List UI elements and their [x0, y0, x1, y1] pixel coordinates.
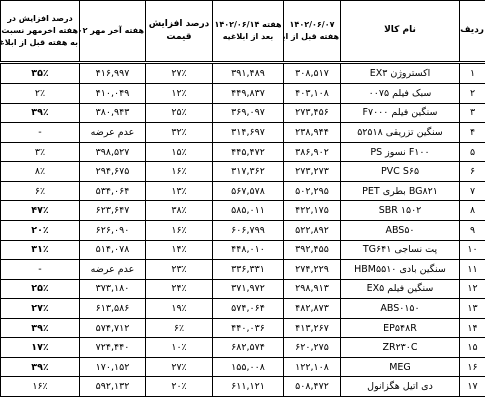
price-after-notice-cell: ۵۸۵,۰۱۱: [213, 201, 284, 221]
row-number-cell: ۱۶: [460, 357, 485, 377]
pct-change-cell: ۱۶٪: [1, 377, 80, 397]
pct-change-cell: ۳۹٪: [1, 357, 80, 377]
price-after-notice-cell: ۴۴۵,۴۷۲: [213, 142, 284, 162]
header-pct-increase: درصد افزایش قیمت: [146, 1, 213, 63]
table-header: ردیف نام کالا ۱۴۰۲/۰۶/۰۷ هفته قبل از ابل…: [1, 1, 485, 63]
price-mehr-last-week-cell: ۵۳۴,۰۶۴: [80, 181, 146, 201]
product-name-cell: سبک فیلم ۰۰۷۵: [341, 84, 460, 104]
pct-change-cell: ۴۷٪: [1, 201, 80, 221]
header-week-before-label: هفته قبل از ابلاغیه: [285, 31, 339, 43]
header-pct-change-line3: به هفته قبل از ابلاغیه: [2, 37, 78, 49]
row-number-cell: ۱: [460, 63, 485, 84]
price-before-notice-cell: ۴۱۳,۲۶۷: [284, 318, 341, 338]
price-after-notice-cell: ۴۴۸,۰۱۰: [213, 240, 284, 260]
pct-increase-cell: ۲۷٪: [146, 357, 213, 377]
header-week-after: هفته ۱۴۰۲/۰۶/۱۴ بعد از ابلاغیه: [213, 1, 284, 63]
pct-change-cell: ۲۰٪: [1, 221, 80, 241]
row-number-cell: ۱۳: [460, 299, 485, 319]
price-mehr-last-week-cell: ۴۱۶,۹۹۷: [80, 63, 146, 84]
pct-increase-cell: ۲۴٪: [146, 279, 213, 299]
price-before-notice-cell: ۲۳۸,۹۴۴: [284, 123, 341, 143]
pct-change-cell: ۲۷٪: [1, 299, 80, 319]
header-week-after-date: هفته ۱۴۰۲/۰۶/۱۴: [214, 19, 282, 31]
product-name-cell: PET بطری BG۸۲۱: [341, 181, 460, 201]
table-row: ۱۰پت نساجی TG۶۴۱۳۹۲,۴۵۵۴۴۸,۰۱۰۱۴٪۵۱۴,۰۷۸…: [1, 240, 485, 260]
pct-increase-cell: ۱۳٪: [146, 181, 213, 201]
pct-change-cell: ۳۹٪: [1, 103, 80, 123]
row-number-cell: ۱۵: [460, 338, 485, 358]
pct-change-cell: -: [1, 123, 80, 143]
table-row: ۱۲سنگین فیلم EX۵۲۹۸,۹۱۳۳۷۱,۹۷۲۲۴٪۳۷۳,۱۸۰…: [1, 279, 485, 299]
price-before-notice-cell: ۲۷۳,۴۵۶: [284, 103, 341, 123]
row-number-cell: ۱۷: [460, 377, 485, 397]
header-mehr-week: هفته آخر مهر ۱۴۰۲: [80, 1, 146, 63]
price-before-notice-cell: ۳۰۸,۵۱۷: [284, 63, 341, 84]
price-after-notice-cell: ۵۶۷,۵۷۸: [213, 181, 284, 201]
price-after-notice-cell: ۳۷۱,۹۷۲: [213, 279, 284, 299]
product-name-cell: EP۵۴۸R: [341, 318, 460, 338]
header-pct-change-line2: هفته اخرمهر نسبت: [2, 25, 78, 37]
header-week-after-label: بعد از ابلاغیه: [214, 31, 282, 43]
price-after-notice-cell: ۱۵۵,۰۰۸: [213, 357, 284, 377]
price-mehr-last-week-cell: ۵۱۴,۰۷۸: [80, 240, 146, 260]
table-row: ۲سبک فیلم ۰۰۷۵۴۰۳,۱۰۸۴۴۹,۸۳۷۱۲٪۴۱۰,۰۴۹۲٪: [1, 84, 485, 104]
price-after-notice-cell: ۴۴۹,۸۳۷: [213, 84, 284, 104]
product-name-cell: PVC S۶۵: [341, 162, 460, 182]
row-number-cell: ۵: [460, 142, 485, 162]
price-before-notice-cell: ۴۲۲,۱۷۵: [284, 201, 341, 221]
pct-change-cell: ۸٪: [1, 162, 80, 182]
row-number-cell: ۱۴: [460, 318, 485, 338]
product-name-cell: سنگین فیلم F۷۰۰۰: [341, 103, 460, 123]
price-after-notice-cell: ۳۱۷,۳۶۲: [213, 162, 284, 182]
row-number-cell: ۸: [460, 201, 485, 221]
product-name-cell: سنگین فیلم EX۵: [341, 279, 460, 299]
product-name-cell: ZR۲۳۰C: [341, 338, 460, 358]
row-number-cell: ۶: [460, 162, 485, 182]
price-mehr-last-week-cell: ۵۷۴,۷۱۲: [80, 318, 146, 338]
pct-increase-cell: ۲۷٪: [146, 63, 213, 84]
price-after-notice-cell: ۳۳۶,۳۳۱: [213, 260, 284, 280]
pct-change-cell: ۲٪: [1, 84, 80, 104]
table-row: ۱۵ZR۲۳۰C۶۲۰,۲۷۵۶۸۲,۵۷۴۱۰٪۷۲۴,۴۴۰۱۷٪: [1, 338, 485, 358]
product-name-cell: ABS۰۱۵۰: [341, 299, 460, 319]
pct-increase-cell: ۲۰٪: [146, 377, 213, 397]
pct-increase-cell: ۱۲٪: [146, 84, 213, 104]
price-mehr-last-week-cell: ۷۲۴,۴۴۰: [80, 338, 146, 358]
pct-increase-cell: ۲۵٪: [146, 103, 213, 123]
pct-increase-cell: ۲۳٪: [146, 260, 213, 280]
pct-increase-cell: ۶٪: [146, 318, 213, 338]
table-row: ۷PET بطری BG۸۲۱۵۰۲,۲۹۵۵۶۷,۵۷۸۱۳٪۵۳۴,۰۶۴۶…: [1, 181, 485, 201]
pct-increase-cell: ۱۶٪: [146, 162, 213, 182]
product-name-cell: PS نسوز F۱۰۰: [341, 142, 460, 162]
price-after-notice-cell: ۴۴۰,۰۳۶: [213, 318, 284, 338]
product-name-cell: سنگین تزریقی ۵۲۵۱۸: [341, 123, 460, 143]
price-mehr-last-week-cell: ۳۹۸,۵۲۷: [80, 142, 146, 162]
header-week-before: ۱۴۰۲/۰۶/۰۷ هفته قبل از ابلاغیه: [284, 1, 341, 63]
pct-change-cell: ۲۵٪: [1, 279, 80, 299]
table-row: ۱۷دی اتیل هگزانول۵۰۸,۴۷۲۶۱۱,۱۲۱۲۰٪۵۹۲,۱۳…: [1, 377, 485, 397]
row-number-cell: ۱۰: [460, 240, 485, 260]
price-mehr-last-week-cell: ۳۸۰,۹۴۳: [80, 103, 146, 123]
row-number-cell: ۱۲: [460, 279, 485, 299]
pct-increase-cell: ۳۲٪: [146, 123, 213, 143]
price-mehr-last-week-cell: ۱۷۰,۱۵۲: [80, 357, 146, 377]
table-row: ۱۴EP۵۴۸R۴۱۳,۲۶۷۴۴۰,۰۳۶۶٪۵۷۴,۷۱۲۳۹٪: [1, 318, 485, 338]
price-after-notice-cell: ۳۶۹,۰۹۷: [213, 103, 284, 123]
price-before-notice-cell: ۴۸۲,۸۷۳: [284, 299, 341, 319]
pct-change-cell: ۳۵٪: [1, 63, 80, 84]
price-before-notice-cell: ۲۹۸,۹۱۳: [284, 279, 341, 299]
header-product-name: نام کالا: [341, 1, 460, 63]
table-row: ۳سنگین فیلم F۷۰۰۰۲۷۳,۴۵۶۳۶۹,۰۹۷۲۵٪۳۸۰,۹۴…: [1, 103, 485, 123]
pct-change-cell: ۳۱٪: [1, 240, 80, 260]
pct-increase-cell: ۱۹٪: [146, 299, 213, 319]
table-body: ۱اکستروژن EX۳۳۰۸,۵۱۷۳۹۱,۴۸۹۲۷٪۴۱۶,۹۹۷۳۵٪…: [1, 63, 485, 397]
pct-change-cell: ۱۷٪: [1, 338, 80, 358]
pct-increase-cell: ۱۶٪: [146, 221, 213, 241]
price-before-notice-cell: ۵۲۲,۸۹۲: [284, 221, 341, 241]
price-mehr-last-week-cell: ۲۹۴,۶۷۵: [80, 162, 146, 182]
price-mehr-last-week-cell: ۳۷۳,۱۸۰: [80, 279, 146, 299]
header-pct-change-line1: درصد افزایش در: [2, 13, 78, 25]
row-number-cell: ۴: [460, 123, 485, 143]
price-table: ردیف نام کالا ۱۴۰۲/۰۶/۰۷ هفته قبل از ابل…: [0, 0, 485, 397]
price-after-notice-cell: ۵۷۴,۰۶۴: [213, 299, 284, 319]
price-mehr-last-week-cell: ۴۱۰,۰۴۹: [80, 84, 146, 104]
header-row-number: ردیف: [460, 1, 485, 63]
pct-increase-cell: ۱۵٪: [146, 142, 213, 162]
price-after-notice-cell: ۶۱۱,۱۲۱: [213, 377, 284, 397]
row-number-cell: ۷: [460, 181, 485, 201]
pct-change-cell: ۳٪: [1, 142, 80, 162]
price-before-notice-cell: ۶۲۰,۲۷۵: [284, 338, 341, 358]
product-name-cell: MEG: [341, 357, 460, 377]
price-after-notice-cell: ۳۱۴,۶۹۷: [213, 123, 284, 143]
price-before-notice-cell: ۴۰۳,۱۰۸: [284, 84, 341, 104]
product-name-cell: SBR ۱۵۰۲: [341, 201, 460, 221]
price-before-notice-cell: ۲۷۴,۲۲۹: [284, 260, 341, 280]
product-name-cell: ABS۵۰: [341, 221, 460, 241]
pct-change-cell: ۶٪: [1, 181, 80, 201]
price-mehr-last-week-cell: عدم عرضه: [80, 123, 146, 143]
table-row: ۱۶MEG۱۲۲,۱۰۸۱۵۵,۰۰۸۲۷٪۱۷۰,۱۵۲۳۹٪: [1, 357, 485, 377]
table-row: ۴سنگین تزریقی ۵۲۵۱۸۲۳۸,۹۴۴۳۱۴,۶۹۷۳۲٪عدم …: [1, 123, 485, 143]
table-row: ۵PS نسوز F۱۰۰۳۸۶,۹۰۲۴۴۵,۴۷۲۱۵٪۳۹۸,۵۲۷۳٪: [1, 142, 485, 162]
price-mehr-last-week-cell: ۶۲۳,۶۴۷: [80, 201, 146, 221]
price-before-notice-cell: ۳۹۲,۴۵۵: [284, 240, 341, 260]
table-row: ۹ABS۵۰۵۲۲,۸۹۲۶۰۶,۷۹۹۱۶٪۶۲۶,۰۹۰۲۰٪: [1, 221, 485, 241]
table-row: ۸SBR ۱۵۰۲۴۲۲,۱۷۵۵۸۵,۰۱۱۳۸٪۶۲۳,۶۴۷۴۷٪: [1, 201, 485, 221]
table-row: ۱۱سنگین بادی HBM۵۵۱۰۲۷۴,۲۲۹۳۳۶,۳۳۱۲۳٪عدم…: [1, 260, 485, 280]
row-number-cell: ۱۱: [460, 260, 485, 280]
pct-change-cell: ۳۹٪: [1, 318, 80, 338]
price-mehr-last-week-cell: عدم عرضه: [80, 260, 146, 280]
row-number-cell: ۳: [460, 103, 485, 123]
price-mehr-last-week-cell: ۵۹۲,۱۳۲: [80, 377, 146, 397]
price-after-notice-cell: ۳۹۱,۴۸۹: [213, 63, 284, 84]
product-name-cell: اکستروژن EX۳: [341, 63, 460, 84]
pct-change-cell: -: [1, 260, 80, 280]
header-row: ردیف نام کالا ۱۴۰۲/۰۶/۰۷ هفته قبل از ابل…: [1, 1, 485, 63]
price-before-notice-cell: ۱۲۲,۱۰۸: [284, 357, 341, 377]
header-pct-change: درصد افزایش در هفته اخرمهر نسبت به هفته …: [1, 1, 80, 63]
pct-increase-cell: ۱۰٪: [146, 338, 213, 358]
row-number-cell: ۲: [460, 84, 485, 104]
price-mehr-last-week-cell: ۶۱۳,۵۸۶: [80, 299, 146, 319]
product-name-cell: دی اتیل هگزانول: [341, 377, 460, 397]
price-mehr-last-week-cell: ۶۲۶,۰۹۰: [80, 221, 146, 241]
price-before-notice-cell: ۲۷۳,۲۷۳: [284, 162, 341, 182]
table-row: ۶PVC S۶۵۲۷۳,۲۷۳۳۱۷,۳۶۲۱۶٪۲۹۴,۶۷۵۸٪: [1, 162, 485, 182]
price-before-notice-cell: ۵۰۲,۲۹۵: [284, 181, 341, 201]
table-row: ۱۳ABS۰۱۵۰۴۸۲,۸۷۳۵۷۴,۰۶۴۱۹٪۶۱۳,۵۸۶۲۷٪: [1, 299, 485, 319]
price-after-notice-cell: ۶۰۶,۷۹۹: [213, 221, 284, 241]
pct-increase-cell: ۳۸٪: [146, 201, 213, 221]
price-before-notice-cell: ۵۰۸,۴۷۲: [284, 377, 341, 397]
product-name-cell: سنگین بادی HBM۵۵۱۰: [341, 260, 460, 280]
price-before-notice-cell: ۳۸۶,۹۰۲: [284, 142, 341, 162]
header-week-before-date: ۱۴۰۲/۰۶/۰۷: [285, 19, 339, 31]
row-number-cell: ۹: [460, 221, 485, 241]
header-pct-increase-line2: قیمت: [147, 31, 211, 45]
header-pct-increase-line1: درصد افزایش: [147, 18, 211, 32]
product-name-cell: پت نساجی TG۶۴۱: [341, 240, 460, 260]
table-row: ۱اکستروژن EX۳۳۰۸,۵۱۷۳۹۱,۴۸۹۲۷٪۴۱۶,۹۹۷۳۵٪: [1, 63, 485, 84]
pct-increase-cell: ۱۴٪: [146, 240, 213, 260]
price-after-notice-cell: ۶۸۲,۵۷۴: [213, 338, 284, 358]
